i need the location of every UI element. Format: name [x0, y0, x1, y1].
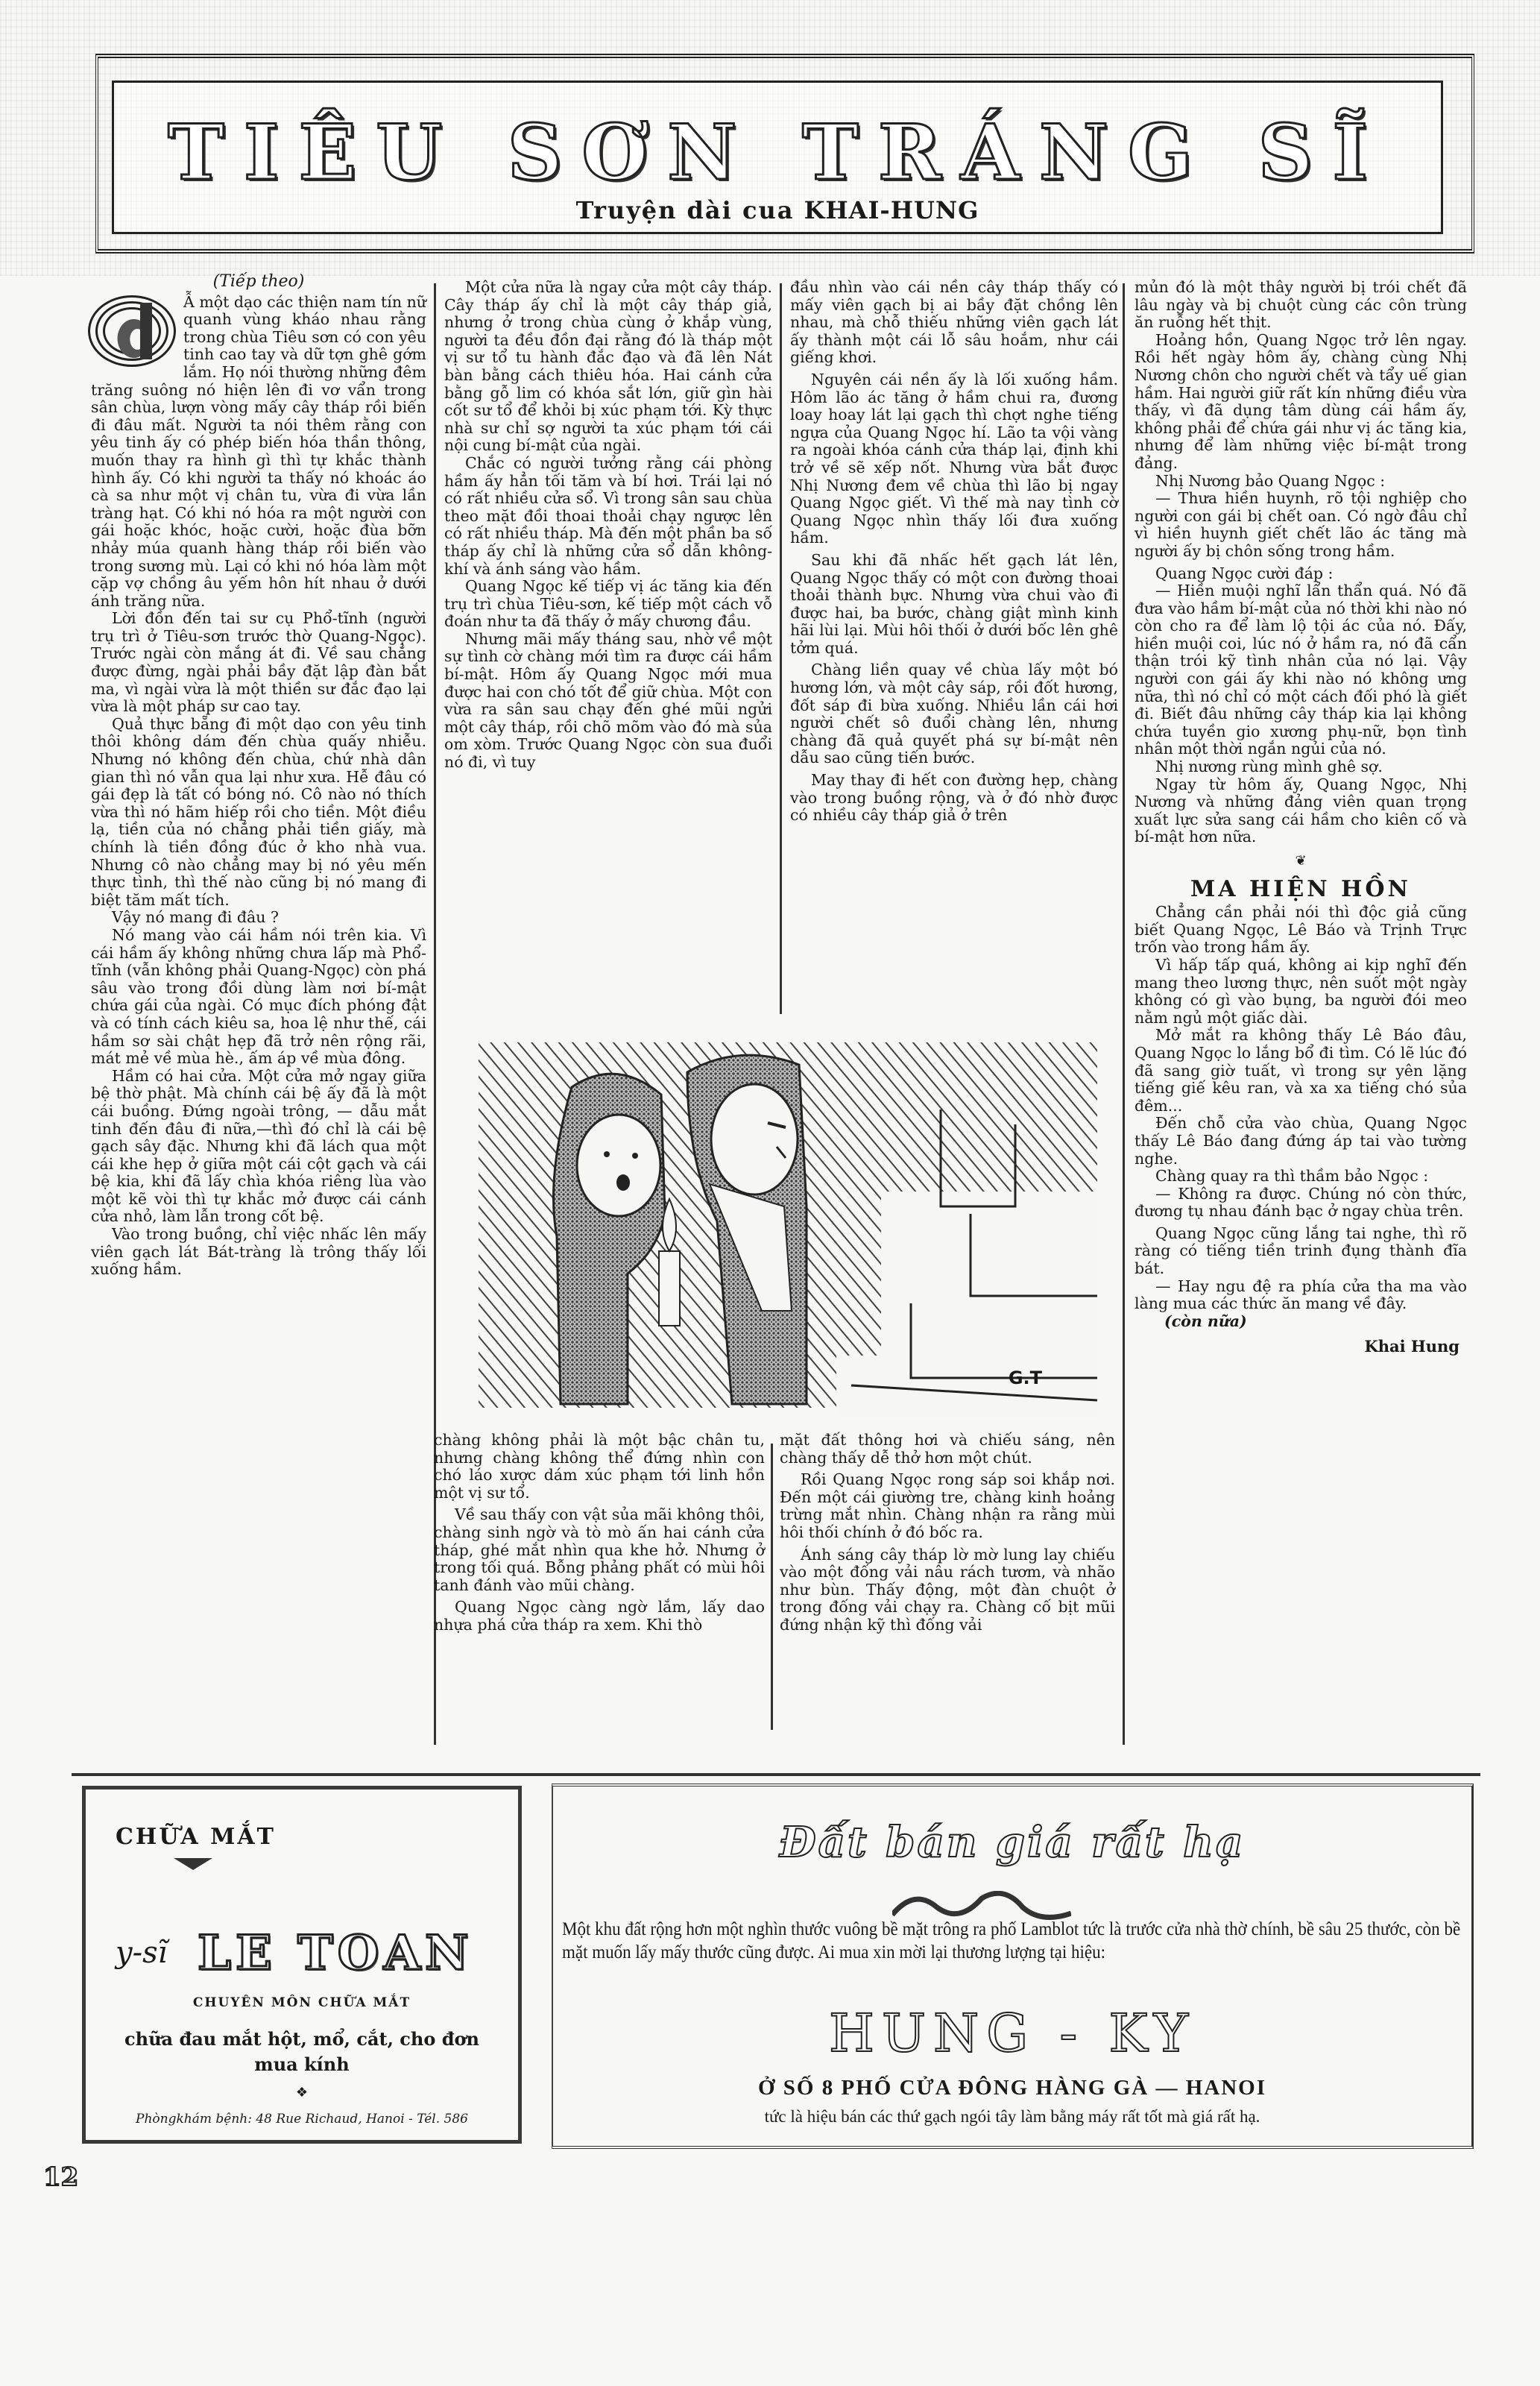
ad-specialty: CHUYÊN MÔN CHỮA MẮT	[86, 1995, 518, 2010]
paragraph: Nhưng mãi mấy tháng sau, nhờ về một sự t…	[444, 631, 772, 772]
paragraph: Rồi Quang Ngọc rong sáp soi khắp nơi. Đế…	[780, 1471, 1115, 1541]
paragraph: Quả thực bẵng đi một dạo con yêu tinh th…	[91, 716, 426, 910]
paragraph: Chẳng cần phải nói thì độc giả cũng biết…	[1135, 904, 1467, 957]
ad-eye-doctor: CHỮA MẮT y-sĩ LE TOAN CHUYÊN MÔN CHỮA MẮ…	[82, 1786, 522, 2144]
paragraph: Lời đồn đến tai sư cụ Phổ-tĩnh (người tr…	[91, 610, 426, 716]
paragraph: mủn đó là một thây người bị trói chết đã…	[1135, 279, 1467, 332]
paragraph: Vì hấp tấp quá, không ai kịp nghĩ đến ma…	[1135, 957, 1467, 1027]
paragraph: — Hay ngu đệ ra phía cửa tha ma vào làng…	[1135, 1278, 1467, 1313]
wave-ornament-icon	[892, 1891, 1071, 1921]
paragraph: Chàng liền quay về chùa lấy một bó hương…	[790, 661, 1118, 767]
page-number: 12	[43, 2162, 78, 2192]
paragraph: Quang Ngọc cũng lắng tai nghe, thì rõ rà…	[1135, 1225, 1467, 1278]
ad-shop-name: HUNG - KY	[553, 2003, 1471, 2064]
paragraph: Chàng quay ra thì thầm bảo Ngọc :	[1135, 1168, 1467, 1186]
ad-shop-address: Ở SỐ 8 PHỐ CỬA ĐÔNG HÀNG GÀ — HANOI	[553, 2076, 1471, 2100]
ad-prefix: y-sĩ	[116, 1936, 167, 1970]
column-divider	[771, 1444, 773, 1730]
section-ornament-icon: ❦	[1135, 852, 1467, 870]
ad-tagline: tức là hiệu bán các thứ gạch ngói tây là…	[553, 2107, 1471, 2127]
article-column-2: Một cửa nữa là ngay cửa một cây tháp. Câ…	[444, 279, 772, 772]
paragraph: Đến chỗ cửa vào chùa, Quang Ngọc thấy Lê…	[1135, 1115, 1467, 1168]
ad-doctor-name: LE TOAN	[198, 1925, 473, 1981]
paragraph: Quang Ngọc cười đáp :	[1135, 565, 1467, 583]
article-column-2-continued: chàng không phải là một bậc chân tu, như…	[434, 1432, 765, 1634]
subtitle-prefix: Truyện dài cua	[576, 196, 795, 224]
paragraph: Vậy nó mang đi đâu ?	[91, 909, 426, 927]
masthead-title: TIÊU SƠN TRÁNG SĨ	[114, 108, 1441, 198]
article-column-3: đầu nhìn vào cái nền cây tháp thấy có mấ…	[790, 279, 1118, 825]
ornament-icon: ❖	[86, 2085, 518, 2100]
paragraph: — Không ra được. Chúng nó còn thức, đươn…	[1135, 1186, 1467, 1221]
paragraph: chàng không phải là một bậc chân tu, như…	[434, 1432, 765, 1502]
ad-land-sale: Đất bán giá rất hạ Một khu đất rộng hơn …	[552, 1784, 1474, 2149]
paragraph: Chắc có người tưởng rằng cái phòng hầm ấ…	[444, 455, 772, 578]
ad-title: Đất bán giá rất hạ	[553, 1818, 1471, 1867]
triangle-down-icon	[174, 1858, 212, 1870]
paragraph: đầu nhìn vào cái nền cây tháp thấy có mấ…	[790, 279, 1118, 367]
author-signature: Khai Hung	[1135, 1338, 1467, 1356]
article-column-4: mủn đó là một thây người bị trói chết đã…	[1135, 279, 1467, 1356]
paragraph: Ngay từ hôm ấy, Quang Ngọc, Nhị Nương và…	[1135, 776, 1467, 846]
paragraph: Nhị nương rùng mình ghê sợ.	[1135, 758, 1467, 776]
paragraph: Quang Ngọc càng ngờ lắm, lấy dao nhựa ph…	[434, 1599, 765, 1634]
paragraph: Một cửa nữa là ngay cửa một cây tháp. Câ…	[444, 279, 772, 455]
masthead: TIÊU SƠN TRÁNG SĨ Truyện dài cua KHAI-HU…	[112, 81, 1443, 234]
paragraph: Nguyên cái nền ấy là lối xuống hầm. Hôm …	[790, 371, 1118, 547]
ad-description: chữa đau mắt hột, mổ, cắt, cho đơn mua k…	[111, 2027, 493, 2077]
paragraph: Mở mắt ra không thấy Lê Báo đâu, Quang N…	[1135, 1027, 1467, 1115]
to-be-continued: (còn nữa)	[1164, 1313, 1467, 1331]
column-divider	[1123, 283, 1125, 1745]
paragraph: Nhị Nương bảo Quang Ngọc :	[1135, 473, 1467, 491]
illustration-two-figures-with-candle-icon	[464, 1027, 1109, 1415]
paragraph: Hầm có hai cửa. Một cửa mở ngay giữa bệ …	[91, 1068, 426, 1226]
paragraph: Về sau thấy con vật sủa mãi không thôi, …	[434, 1506, 765, 1594]
paragraph: — Thưa hiền huynh, rõ tội nghiệp cho ngư…	[1135, 490, 1467, 560]
dropcap-ornament	[88, 295, 176, 367]
paragraph: May thay đi hết con đường hẹp, chàng vào…	[790, 772, 1118, 825]
ad-band-rule	[72, 1773, 1480, 1776]
subtitle-author: KHAI-HUNG	[804, 196, 979, 224]
paragraph: Nó mang vào cái hầm nói trên kia. Vì cái…	[91, 927, 426, 1068]
paragraph: Sau khi đã nhấc hết gạch lát lên, Quang …	[790, 552, 1118, 658]
newspaper-page: TIÊU SƠN TRÁNG SĨ Truyện dài cua KHAI-HU…	[0, 0, 1540, 2386]
paragraph: mặt đất thông hơi và chiếu sáng, nên chà…	[780, 1432, 1115, 1467]
article-column-1: (Tiếp theo) Ẫ một dạo các thiện nam tín …	[91, 273, 426, 1279]
column-divider	[780, 283, 782, 1014]
section-heading: MA HIỆN HỒN	[1135, 881, 1467, 898]
ad-address: Phòngkhám bệnh: 48 Rue Richaud, Hanoi - …	[86, 2112, 518, 2127]
story-illustration: G.T	[464, 1027, 1109, 1415]
illustrator-signature: G.T	[1009, 1367, 1042, 1388]
article-column-3-continued: mặt đất thông hơi và chiếu sáng, nên chà…	[780, 1432, 1115, 1634]
continuation-label: (Tiếp theo)	[91, 273, 426, 291]
dropcap-letter-icon	[113, 303, 157, 359]
paragraph: Ánh sáng cây tháp lờ mờ lung lay chiếu v…	[780, 1546, 1115, 1634]
ad-heading: CHỮA MẮT	[116, 1824, 276, 1850]
ad-body: Một khu đất rộng hơn một nghìn thước vuô…	[562, 1918, 1460, 1964]
masthead-subtitle: Truyện dài cua KHAI-HUNG	[114, 196, 1441, 224]
paragraph: Hoảng hồn, Quang Ngọc trở lên ngay. Rồi …	[1135, 332, 1467, 473]
paragraph: Vào trong buồng, chỉ việc nhấc lên mấy v…	[91, 1226, 426, 1279]
paragraph: Quang Ngọc kế tiếp vị ác tăng kia đến tr…	[444, 578, 772, 631]
paragraph: — Hiền muội nghĩ lẩn thẩn quá. Nó đã đưa…	[1135, 582, 1467, 758]
